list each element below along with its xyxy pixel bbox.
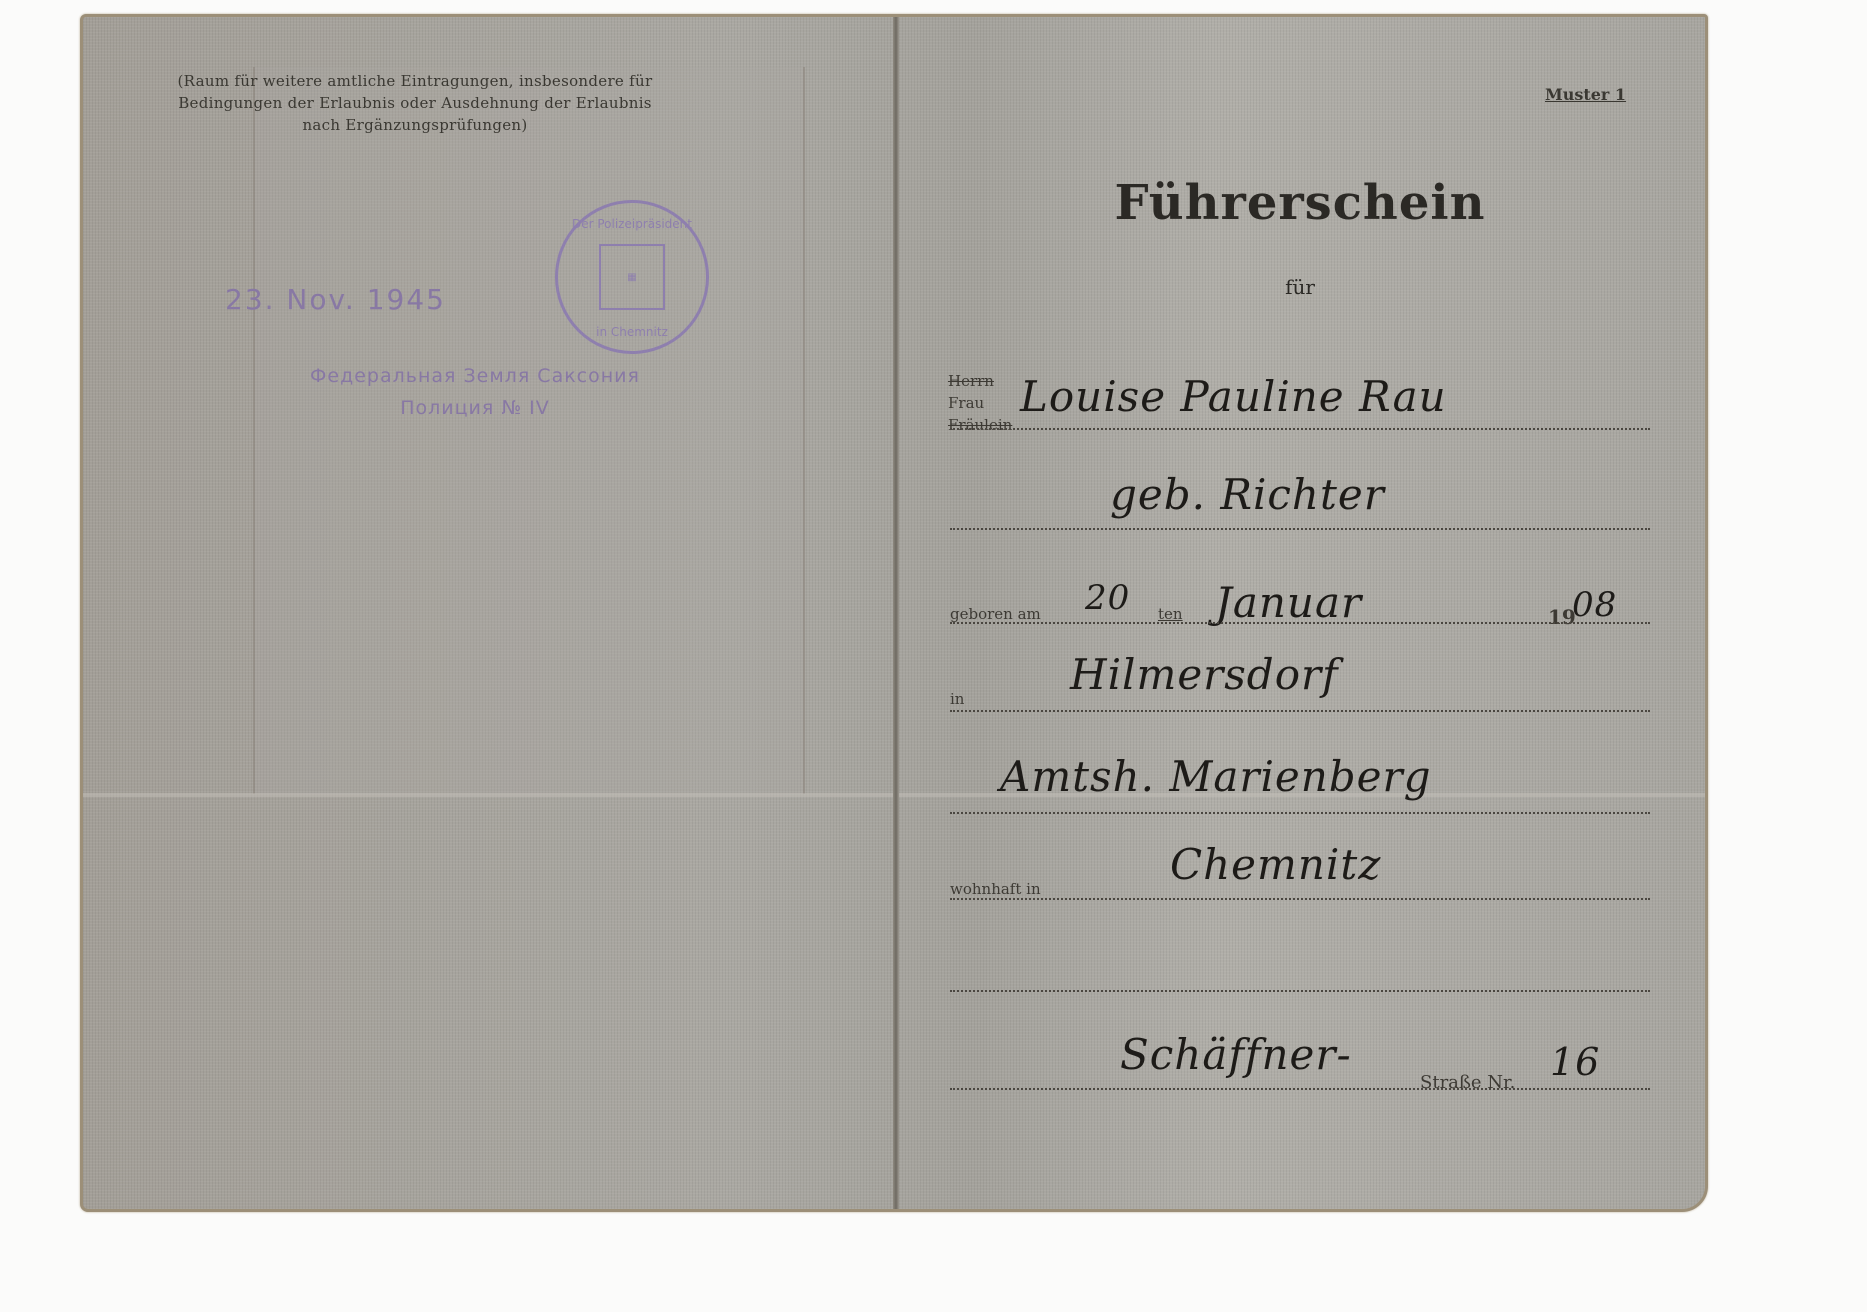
birth-day: 20 [1085,578,1130,618]
seal-text-top: Der Polizeipräsident [558,217,706,231]
coat-of-arms-icon: ▦ [599,244,665,310]
for-label: für [1100,275,1500,299]
center-fold [893,17,899,1209]
street-line [950,1088,1650,1090]
holder-name: Louise Pauline Rau [1020,372,1447,421]
document-title: Führerschein [1100,175,1500,231]
maiden-name-line [950,528,1650,530]
date-stamp: 23. Nov. 1945 [225,283,446,316]
house-number: 16 [1550,1040,1600,1084]
stamp-line-2: Полиция № IV [240,392,710,424]
notice-line-1: (Raum für weitere amtliche Eintragungen,… [110,70,720,92]
day-suffix: ten [1158,605,1183,623]
birth-year-suffix: 08 [1572,585,1617,625]
birthplace: Hilmersdorf [1070,650,1339,699]
salutation-fraeulein: Fräulein [948,414,1012,436]
form-number: Muster 1 [1545,85,1626,104]
salutation-frau: Frau [948,392,1012,414]
birth-month: Januar [1215,578,1362,627]
street-name: Schäffner- [1120,1030,1352,1079]
seal-text-bottom: in Chemnitz [558,325,706,339]
name-line [950,428,1650,430]
residence-label: wohnhaft in [950,880,1041,898]
notice-line-2: Bedingungen der Erlaubnis oder Ausdehnun… [110,92,720,114]
residence: Chemnitz [1170,840,1381,889]
residence-line [950,898,1650,900]
police-seal-icon: Der Polizeipräsident ▦ in Chemnitz [555,200,709,354]
left-inner-panel [253,67,805,794]
district: Amtsh. Marienberg [1000,752,1432,801]
maiden-name: geb. Richter [1110,470,1385,519]
stamp-line-1: Федеральная Земля Саксония [240,360,710,392]
notice-line-3: nach Ergänzungsprüfungen) [110,114,720,136]
russian-police-stamp: Федеральная Земля Саксония Полиция № IV [240,360,710,424]
born-label: geboren am [950,605,1041,623]
district-line [950,812,1650,814]
salutation-herrn: Herrn [948,370,1012,392]
birth-date-line [950,622,1650,624]
birthplace-line [950,710,1650,712]
blank-address-line [950,990,1650,992]
birthplace-label: in [950,690,964,708]
salutation-options: Herrn Frau Fräulein [948,370,1012,436]
official-entries-notice: (Raum für weitere amtliche Eintragungen,… [110,70,720,136]
